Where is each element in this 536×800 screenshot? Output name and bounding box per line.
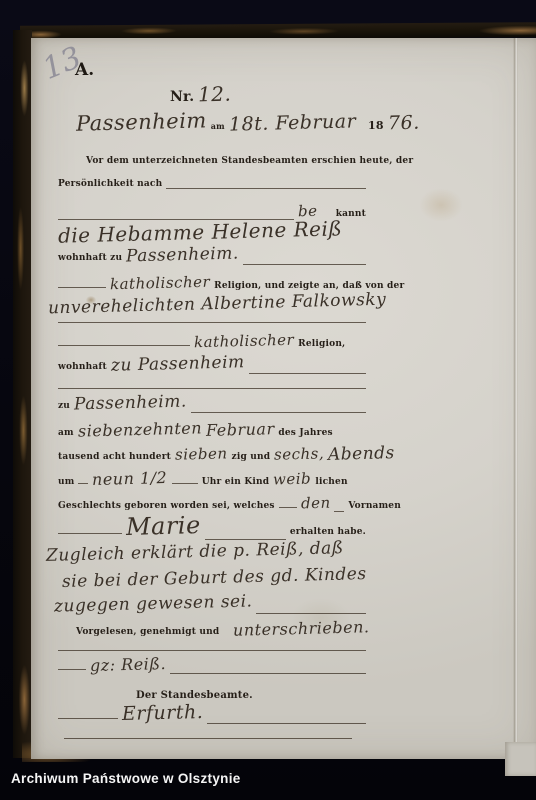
birthplace-label: zu [58, 401, 70, 411]
mother-name: unverehelichten Albertine Falkowsky [48, 290, 387, 319]
year-hand2: sechs, [274, 444, 325, 463]
blank-rule [58, 202, 294, 220]
article-hand: den [300, 494, 330, 513]
blank-rule [58, 650, 366, 651]
registrar-signature-line: Erfurth. [58, 702, 366, 724]
blank-rule [58, 287, 106, 288]
am-label: am [211, 121, 225, 131]
declaration-text-1: Zugleich erklärt die p. Reiß, daß [46, 538, 344, 566]
declaration-line-3: zugegen gewesen sei. [54, 594, 366, 614]
blank-rule [334, 494, 344, 512]
year-print1: tausend acht hundert [58, 452, 171, 462]
closing-line: Vorgelesen, genehmigt und unterschrieben… [76, 619, 366, 638]
year-hand1: sieben [175, 444, 228, 463]
year-handwritten: 76. [387, 112, 419, 135]
birthplace-value: Passenheim. [74, 392, 187, 415]
residence1-value: Passenheim. [126, 244, 239, 267]
closing-handwritten: unterschrieben. [233, 617, 370, 640]
declarant-line: die Hebamme Helene Reiß [58, 220, 366, 244]
birthtime-line: um neun 1/2 Uhr ein Kind weib lichen [58, 469, 366, 488]
residence2-value: zu Passenheim [111, 352, 245, 375]
record-number-line: Nr. 12. [170, 82, 366, 106]
sex-hand: weib [273, 470, 312, 489]
identity-label: Persönlichkeit nach [58, 179, 162, 189]
birthplace-line: zu Passenheim. [58, 393, 366, 413]
rule-line [64, 738, 352, 739]
child-name: Marie [126, 511, 201, 541]
time-value: neun 1/2 [92, 468, 168, 489]
religion2-line: katholischer Religion, [58, 332, 366, 350]
mother-line: unverehelichten Albertine Falkowsky [48, 294, 366, 314]
birthdate-month: Februar [206, 419, 275, 440]
book-spine-edge [13, 30, 32, 758]
birthyear-line: tausend acht hundert sieben zig und sech… [58, 444, 366, 464]
blank-rule [58, 718, 118, 719]
closing-printed: Vorgelesen, genehmigt und [76, 627, 219, 637]
residence1-label: wohnhaft zu [58, 253, 122, 263]
blank-rule [191, 393, 366, 413]
place-handwritten: Passenheim [76, 108, 207, 135]
intro-text: Vor dem unterzeichneten Standesbeamten e… [86, 156, 413, 166]
blank-rule [249, 354, 367, 374]
blank-rule [170, 655, 366, 674]
blank-rule [166, 179, 366, 189]
religion1-line: katholischer Religion, und zeigte an, da… [58, 274, 366, 292]
place-date-line: Passenheim am 18t. Februar 18 76. [76, 110, 366, 134]
witness-signature: gz: Reiß. [90, 654, 167, 675]
archive-watermark: Archiwum Państwowe w Olsztynie [11, 771, 241, 786]
rule-line [58, 650, 366, 651]
blank-rule [256, 594, 366, 614]
archival-scan-photo: { "colors": { "backdrop": "#06060e", "pa… [0, 0, 536, 800]
residence1-line: wohnhaft zu Passenheim. [58, 245, 366, 265]
sex-line: Geschlechts geboren worden sei, welches … [58, 494, 366, 512]
blank-rule [78, 483, 88, 484]
birthdate-suffix: des Jahres [278, 428, 332, 438]
childname-line: Marie erhalten habe. [58, 512, 366, 540]
nr-value: 12. [198, 82, 232, 107]
religion2-value: katholischer [194, 331, 295, 352]
religion1-value: katholischer [110, 273, 211, 294]
religion2-label: Religion, [298, 339, 345, 349]
blank-rule [58, 388, 366, 389]
rule-line [58, 322, 366, 323]
declaration-text-2: sie bei der Geburt des gd. Kindes [62, 564, 367, 592]
blank-rule [172, 483, 198, 484]
declaration-text-3: zugegen gewesen sei. [54, 591, 253, 616]
declaration-line-2: sie bei der Geburt des gd. Kindes [62, 568, 366, 588]
sex-print: lichen [315, 477, 347, 487]
record-content: Nr. 12. Passenheim am 18t. Februar 18 76… [58, 38, 366, 739]
blank-rule [58, 669, 86, 670]
identity-line: Persönlichkeit nach [58, 179, 366, 189]
time-suffix: Uhr ein Kind [202, 477, 270, 487]
year-print2: zig und [232, 452, 271, 462]
rule-line [58, 388, 366, 389]
blank-rule [58, 345, 190, 346]
registrar-label: Der Standesbeamte. [136, 690, 253, 701]
date-handwritten: 18t. Februar [229, 110, 357, 135]
registrar-label-line: Der Standesbeamte. [136, 690, 366, 701]
birthdate-line: am siebenzehnten Februar des Jahres [58, 420, 366, 439]
blank-rule [279, 507, 297, 508]
blank-rule [243, 245, 366, 265]
registrar-signature: Erfurth. [122, 701, 204, 725]
daytime-hand: Abends [328, 443, 395, 465]
residence2-label: wohnhaft [58, 362, 107, 372]
blank-rule [58, 533, 122, 534]
blank-rule [205, 512, 286, 540]
time-um-label: um [58, 477, 74, 487]
intro-line: Vor dem unterzeichneten Standesbeamten e… [86, 156, 366, 166]
blank-rule [207, 702, 366, 724]
declaration-line-1: Zugleich erklärt die p. Reiß, daß [46, 542, 366, 562]
blank-rule [58, 322, 366, 323]
year-printed: 18 [368, 119, 384, 132]
blank-rule [64, 738, 352, 739]
birthdate-am-label: am [58, 428, 74, 438]
page-stain [419, 188, 463, 222]
register-page: 13 A. Nr. 12. Passenheim am 18t. Februar… [31, 38, 536, 759]
birthdate-day: siebenzehnten [78, 418, 202, 440]
declarant-name: die Hebamme Helene Reiß [58, 216, 343, 247]
underlying-page-edge [505, 742, 536, 776]
page-fold-crease [513, 38, 518, 759]
nr-label: Nr. [170, 89, 194, 105]
vorname-label: Vornamen [348, 501, 401, 511]
residence2-line: wohnhaft zu Passenheim [58, 354, 366, 374]
sex-line-text: Geschlechts geboren worden sei, welches [58, 501, 275, 511]
name-suffix: erhalten habe. [290, 527, 366, 537]
witness-signature-line: gz: Reiß. [58, 655, 366, 674]
